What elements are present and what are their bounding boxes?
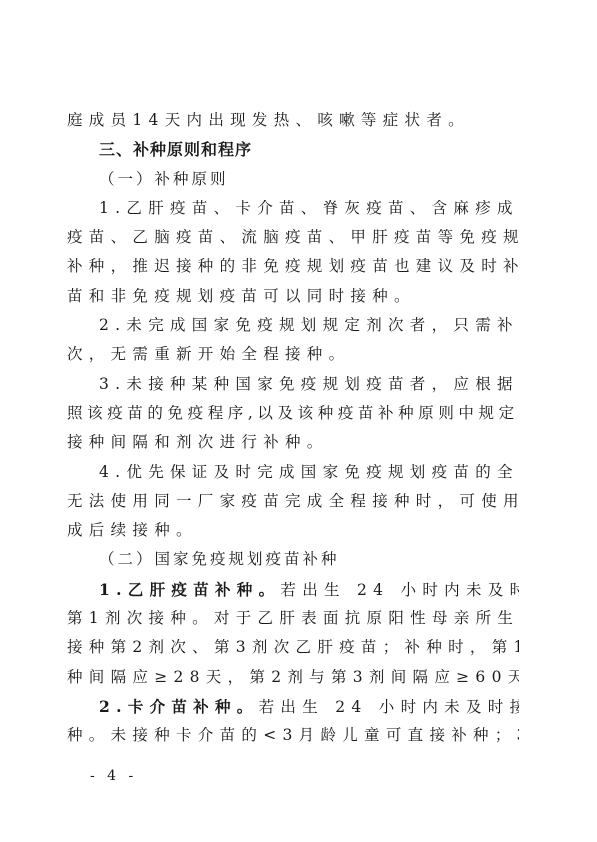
section-heading: 三、补种原则和程序 — [67, 135, 519, 164]
document-page: 庭成员14天内出现发热、咳嗽等症状者。 三、补种原则和程序 （一）补种原则 1.… — [67, 106, 519, 751]
paragraph-line: 照该疫苗的免疫程序,以及该种疫苗补种原则中规定的疫苗种类、 — [67, 399, 519, 428]
paragraph-line: 苗和非免疫规划疫苗可以同时接种。 — [67, 282, 519, 311]
paragraph-line: 次，无需重新开始全程接种。 — [67, 340, 519, 369]
paragraph-line: 2.卡介苗补种。若出生 24 小时内未及时接种，优先安排接 — [67, 692, 519, 721]
paragraph-line: 种间隔应≥28天，第2剂与第3剂间隔应≥60天。 — [67, 663, 519, 692]
paragraph-line: 接种第2剂次、第3剂次乙肝疫苗；补种时，第1剂与第2剂接 — [67, 633, 519, 662]
page-number: - 4 - — [90, 768, 137, 784]
item-text: 若出生 24 小时内未及时接种，优先安排 — [280, 581, 519, 599]
paragraph-line: 3.未接种某种国家免疫规划疫苗者，应根据当时的年龄，按 — [67, 370, 519, 399]
item-text: 若出生 24 小时内未及时接种，优先安排接 — [259, 698, 519, 716]
item-title: 2.卡介苗补种。 — [99, 697, 259, 716]
paragraph-line: 补种，推迟接种的非免疫规划疫苗也建议及时补种，免疫规划疫 — [67, 252, 519, 281]
item-title: 1.乙肝疫苗补种。 — [99, 580, 280, 599]
paragraph-line: 无法使用同一厂家疫苗完成全程接种时，可使用不同厂家疫苗完 — [67, 487, 519, 516]
paragraph-line: 2.未完成国家免疫规划规定剂次者，只需补种未完成的剂 — [67, 311, 519, 340]
paragraph-line: 第1剂次接种。对于乙肝表面抗原阳性母亲所生儿童，亦需及时 — [67, 604, 519, 633]
paragraph-line: 1.乙肝疫苗补种。若出生 24 小时内未及时接种，优先安排 — [67, 575, 519, 604]
paragraph-line: 4.优先保证及时完成国家免疫规划疫苗的全程接种，当遇到 — [67, 458, 519, 487]
paragraph-line: 种。未接种卡介苗的<3月龄儿童可直接补种；3月龄～3岁儿童 — [67, 721, 519, 750]
paragraph-line: 疫苗、乙脑疫苗、流脑疫苗、甲肝疫苗等免疫规划疫苗需要优先 — [67, 223, 519, 252]
paragraph-line: 1.乙肝疫苗、卡介苗、脊灰疫苗、含麻疹成分疫苗、百白破 — [67, 194, 519, 223]
subsection-heading: （一）补种原则 — [67, 165, 519, 194]
subsection-heading: （二）国家免疫规划疫苗补种 — [67, 545, 519, 574]
paragraph-line: 接种间隔和剂次进行补种。 — [67, 428, 519, 457]
paragraph-line: 庭成员14天内出现发热、咳嗽等症状者。 — [67, 106, 519, 135]
paragraph-line: 成后续接种。 — [67, 516, 519, 545]
